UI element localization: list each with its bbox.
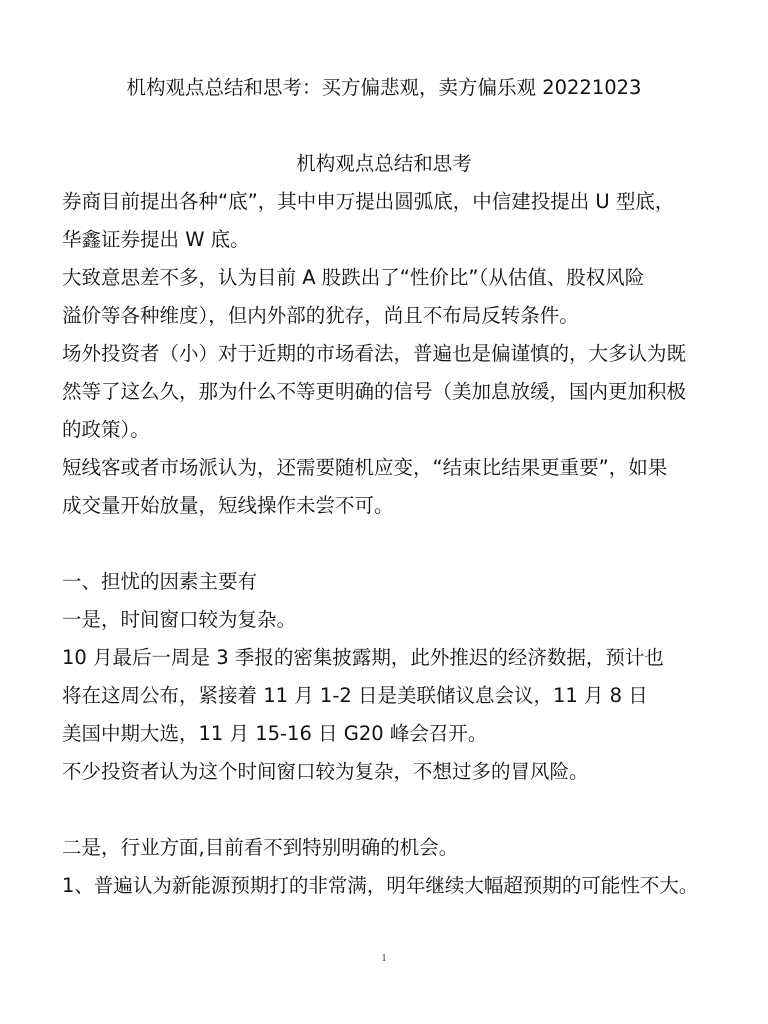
paragraph-line: 不少投资者认为这个时间窗口较为复杂，不想过多的冒风险。 xyxy=(62,760,589,784)
paragraph-line: 1、普遍认为新能源预期打的非常满，明年继续大幅超预期的可能性不大。 xyxy=(62,874,698,898)
paragraph-line: 的政策）。 xyxy=(62,418,150,442)
section-heading: 一、担忧的因素主要有 xyxy=(62,570,257,594)
paragraph-line: 券商目前提出各种“底”，其中申万提出圆弧底，中信建投提出 U 型底， xyxy=(62,190,674,214)
paragraph-line: 华鑫证券提出 W 底。 xyxy=(62,228,250,252)
paragraph-line: 大致意思差不多，认为目前 A 股跌出了“性价比”（从估值、股权风险 xyxy=(62,266,644,290)
document-title: 机构观点总结和思考：买方偏悲观，卖方偏乐观 20221023 xyxy=(0,76,768,100)
paragraph-line: 10 月最后一周是 3 季报的密集披露期，此外推迟的经济数据，预计也 xyxy=(62,646,664,670)
paragraph-line: 将在这周公布，紧接着 11 月 1-2 日是美联储议息会议，11 月 8 日 xyxy=(62,684,648,708)
paragraph-line: 场外投资者（小）对于近期的市场看法，普遍也是偏谨慎的，大多认为既 xyxy=(62,342,686,366)
page-number: 1 xyxy=(0,953,768,965)
subsection-heading: 一是，时间窗口较为复杂。 xyxy=(62,608,296,632)
paragraph-line: 溢价等各种维度），但内外部的犹存，尚且不布局反转条件。 xyxy=(62,304,579,328)
section-subtitle: 机构观点总结和思考 xyxy=(0,152,768,176)
paragraph-line: 然等了这么久，那为什么不等更明确的信号（美加息放缓，国内更加积极 xyxy=(62,380,686,404)
subsection-heading: 二是，行业方面,目前看不到特别明确的机会。 xyxy=(62,836,458,860)
paragraph-line: 成交量开始放量，短线操作未尝不可。 xyxy=(62,494,394,518)
document-page: 机构观点总结和思考：买方偏悲观，卖方偏乐观 20221023 机构观点总结和思考… xyxy=(0,0,768,1024)
paragraph-line: 短线客或者市场派认为，还需要随机应变，“结束比结果更重要”，如果 xyxy=(62,456,667,480)
paragraph-line: 美国中期大选，11 月 15-16 日 G20 峰会召开。 xyxy=(62,722,487,746)
